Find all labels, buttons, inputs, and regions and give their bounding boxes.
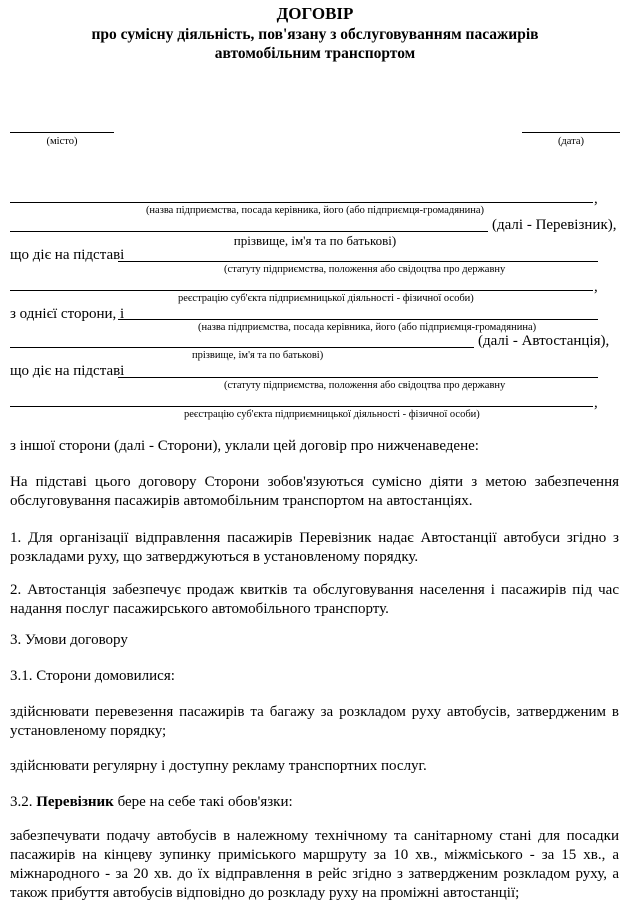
city-blank-line bbox=[10, 132, 114, 133]
purpose-paragraph: На підставі цього договору Сторони зобов… bbox=[10, 473, 619, 511]
connector-text: з однієї сторони, і bbox=[10, 305, 124, 323]
station-basis-line bbox=[118, 377, 598, 378]
carrier-basis-line2 bbox=[10, 290, 593, 291]
clause-3-1-heading: 3.1. Сторони домовилися: bbox=[10, 667, 619, 686]
clause-2: 2. Автостанція забезпечує продаж квитків… bbox=[10, 581, 619, 619]
carrier-basis-caption2: реєстрацію суб'єкта підприємницької діял… bbox=[178, 293, 474, 305]
date-caption: (дата) bbox=[522, 136, 620, 148]
station-basis-caption1: (статуту підприємства, положення або сві… bbox=[224, 380, 505, 392]
clause-3-1-item-2: здійснювати регулярну і доступну рекламу… bbox=[10, 757, 619, 776]
city-caption: (місто) bbox=[10, 136, 114, 148]
clause-3-1-item-1: здійснювати перевезення пасажирів та баг… bbox=[10, 703, 619, 741]
station-name-line bbox=[118, 319, 598, 320]
station-fio-line bbox=[10, 347, 474, 348]
comma: , bbox=[594, 278, 598, 296]
station-basis-line2 bbox=[10, 406, 593, 407]
comma: , bbox=[594, 394, 598, 412]
carrier-basis-caption1: (статуту підприємства, положення або сві… bbox=[224, 264, 505, 276]
document-title: ДОГОВІР bbox=[0, 4, 630, 24]
station-basis-label: що діє на підставі bbox=[10, 362, 124, 380]
clause-3-2-number: 3.2. bbox=[10, 794, 33, 810]
clause-3-2-text: бере на себе такі обов'язки: bbox=[118, 794, 293, 810]
station-role-label: (далі - Автостанція), bbox=[478, 332, 609, 350]
section-3-heading: 3. Умови договору bbox=[10, 631, 619, 650]
carrier-basis-line bbox=[118, 261, 598, 262]
document-subtitle-line1: про сумісну діяльність, пов'язану з обсл… bbox=[0, 25, 630, 44]
clause-3-2-item-1: забезпечувати подачу автобусів в належно… bbox=[10, 827, 619, 903]
clause-3-2-heading: 3.2. Перевізник бере на себе такі обов'я… bbox=[10, 793, 619, 812]
date-blank-line bbox=[522, 132, 620, 133]
intro-paragraph: з іншої сторони (далі - Сторони), уклали… bbox=[10, 437, 619, 456]
clause-1: 1. Для організації відправлення пасажирі… bbox=[10, 529, 619, 567]
document-subtitle-line2: автомобільним транспортом bbox=[0, 44, 630, 63]
carrier-basis-label: що діє на підставі bbox=[10, 246, 124, 264]
carrier-name-line bbox=[10, 202, 593, 203]
station-fio-caption: прізвище, ім'я та по батькові) bbox=[192, 350, 323, 362]
clause-3-2-party: Перевізник bbox=[36, 794, 114, 810]
station-basis-caption2: реєстрацію суб'єкта підприємницької діял… bbox=[184, 409, 480, 421]
